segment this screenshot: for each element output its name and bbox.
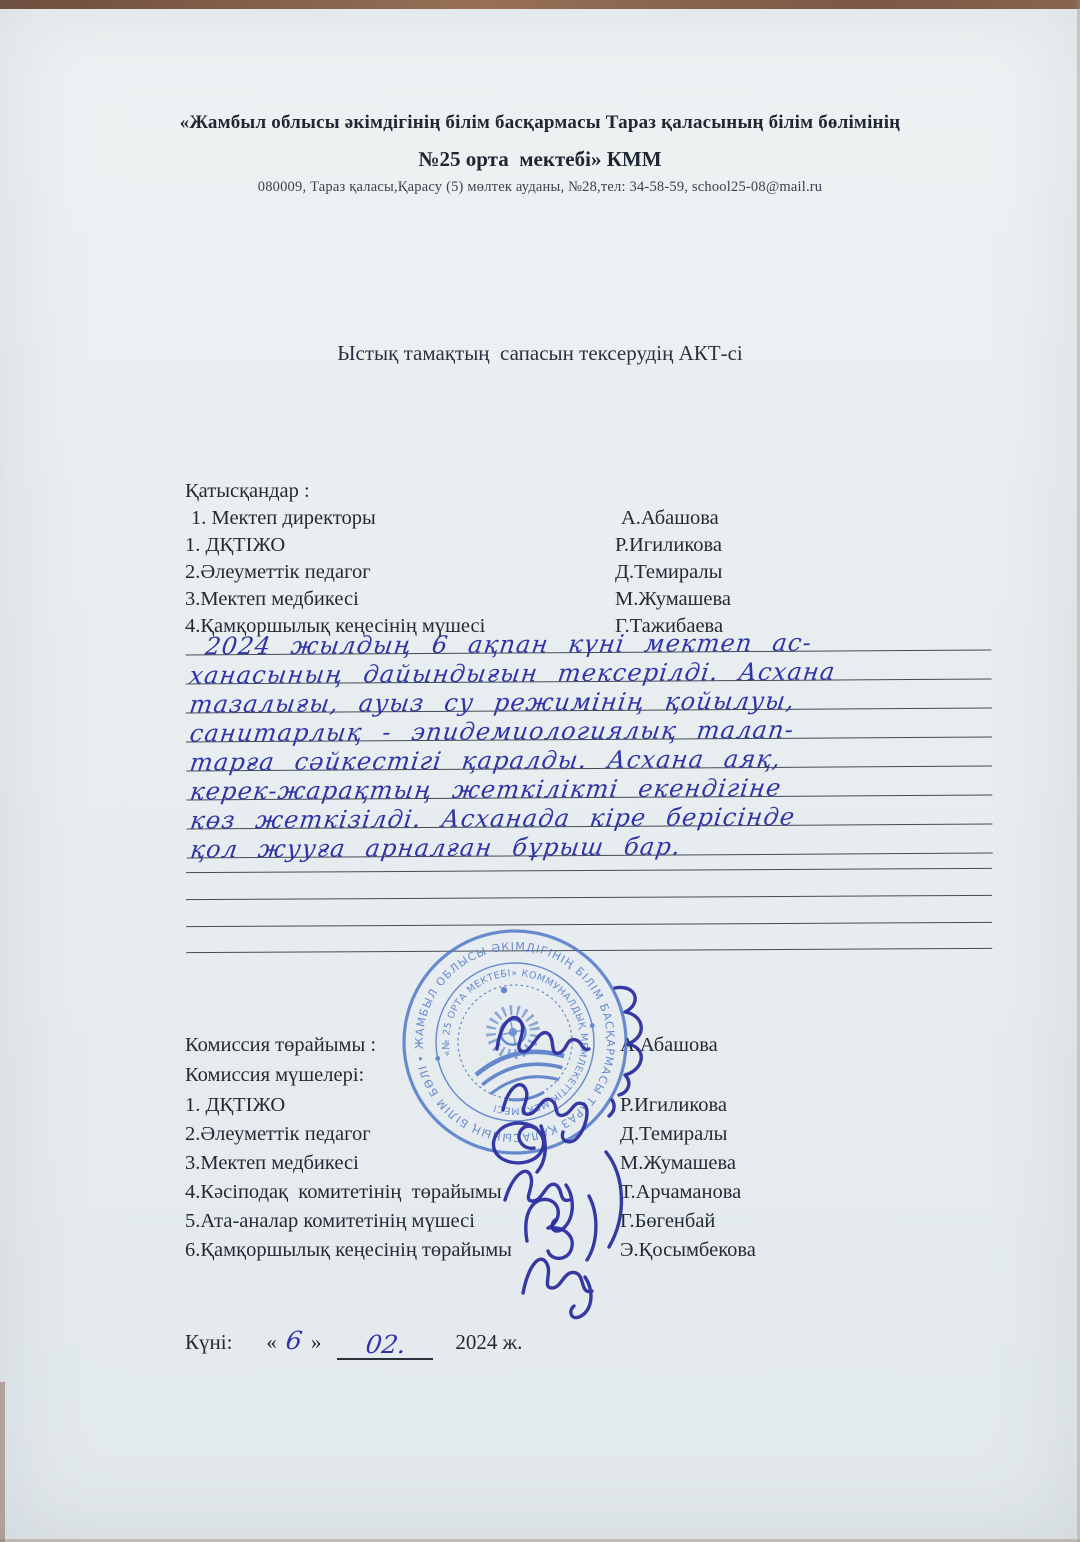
commission-role: 4.Кәсіподақ комитетінің төрайымы <box>185 1178 620 1207</box>
participant-role: 2.Әлеуметтік педагог <box>185 559 615 586</box>
ruled-line <box>186 923 992 953</box>
org-name-line2: №25 орта мектебі» КММ <box>0 147 1080 172</box>
participant-row: 2.Әлеуметтік педагог Д.Темиралы <box>185 559 991 586</box>
commission-role: 5.Ата-аналар комитетінің мүшесі <box>185 1207 620 1236</box>
commission-members-heading: Комиссия мүшелері: <box>185 1060 991 1091</box>
participant-name: А.Абашова <box>621 505 719 532</box>
commission-name: Г.Бөгенбай <box>620 1207 715 1236</box>
date-prefix: Күні: <box>185 1330 232 1355</box>
photo-edge-left <box>0 1382 5 1542</box>
commission-row: 3.Мектеп медбикесі М.Жумашева <box>185 1149 991 1178</box>
org-name-line1: «Жамбыл облысы әкімдігінің білім басқарм… <box>0 112 1080 134</box>
participant-name: М.Жумашева <box>615 586 731 613</box>
participant-name: Д.Темиралы <box>615 559 722 586</box>
commission-row: 1. ДҚТІЖО Р.Игиликова <box>185 1091 991 1120</box>
ruled-line <box>186 896 992 927</box>
commission-chair-name: А.Абашова <box>620 1030 718 1060</box>
commission-row: 5.Ата-аналар комитетінің мүшесі Г.Бөгенб… <box>185 1207 991 1236</box>
participants-heading: Қатысқандар : <box>185 477 991 505</box>
handwritten-day: 6 <box>275 1326 313 1355</box>
participant-role: 1. Мектеп директоры <box>191 505 621 532</box>
month-underline: 02. <box>337 1329 433 1360</box>
signature-member-5 <box>523 1259 592 1317</box>
commission-row: 4.Кәсіподақ комитетінің төрайымы Т.Арчам… <box>185 1178 991 1207</box>
participant-role: 3.Мектеп медбикесі <box>185 586 615 613</box>
document-title: Ыстық тамақтың сапасын тексерудің АКТ-сі <box>0 341 1080 366</box>
commission-role: 1. ДҚТІЖО <box>185 1091 620 1120</box>
commission-role: 6.Қамқоршылық кеңесінің төрайымы <box>185 1236 620 1265</box>
participant-row: 1. Мектеп директоры А.Абашова <box>185 505 991 532</box>
commission-section: Комиссия төрайымы : А.Абашова Комиссия м… <box>185 1030 991 1265</box>
commission-name: Р.Игиликова <box>620 1091 727 1120</box>
commission-name: Д.Темиралы <box>620 1120 727 1149</box>
scanned-document-page: «Жамбыл облысы әкімдігінің білім басқарм… <box>0 0 1080 1542</box>
commission-role: 3.Мектеп медбикесі <box>185 1149 620 1178</box>
photo-edge-top <box>0 0 1080 9</box>
participants-section: Қатысқандар : 1. Мектеп директоры А.Абаш… <box>185 477 991 640</box>
participant-name: Р.Игиликова <box>615 532 722 559</box>
org-address: 080009, Тараз қаласы,Қарасу (5) мөлтек а… <box>0 179 1080 196</box>
date-line: Күні: « 6 » 02. 2024 ж. <box>185 1326 522 1357</box>
commission-chair-label: Комиссия төрайымы : <box>185 1030 620 1060</box>
participant-role: 1. ДҚТІЖО <box>185 532 615 559</box>
commission-name: Э.Қосымбекова <box>620 1236 756 1265</box>
handwritten-report: 2024 жылдың 6 ақпан күні мектеп ас- хана… <box>185 622 992 859</box>
commission-row: 6.Қамқоршылық кеңесінің төрайымы Э.Қосым… <box>185 1236 991 1265</box>
handwritten-month: 02. <box>363 1330 407 1359</box>
commission-role: 2.Әлеуметтік педагог <box>185 1120 620 1149</box>
participant-row: 3.Мектеп медбикесі М.Жумашева <box>185 586 991 613</box>
commission-chair-row: Комиссия төрайымы : А.Абашова <box>185 1030 991 1060</box>
commission-name: Т.Арчаманова <box>620 1178 741 1207</box>
date-year: 2024 ж. <box>455 1330 522 1355</box>
empty-ruled-lines <box>186 846 993 953</box>
commission-row: 2.Әлеуметтік педагог Д.Темиралы <box>185 1120 991 1149</box>
commission-name: М.Жумашева <box>620 1149 736 1178</box>
close-quote: » <box>311 1330 322 1355</box>
ruled-line <box>186 869 992 900</box>
participant-row: 1. ДҚТІЖО Р.Игиликова <box>185 532 991 559</box>
